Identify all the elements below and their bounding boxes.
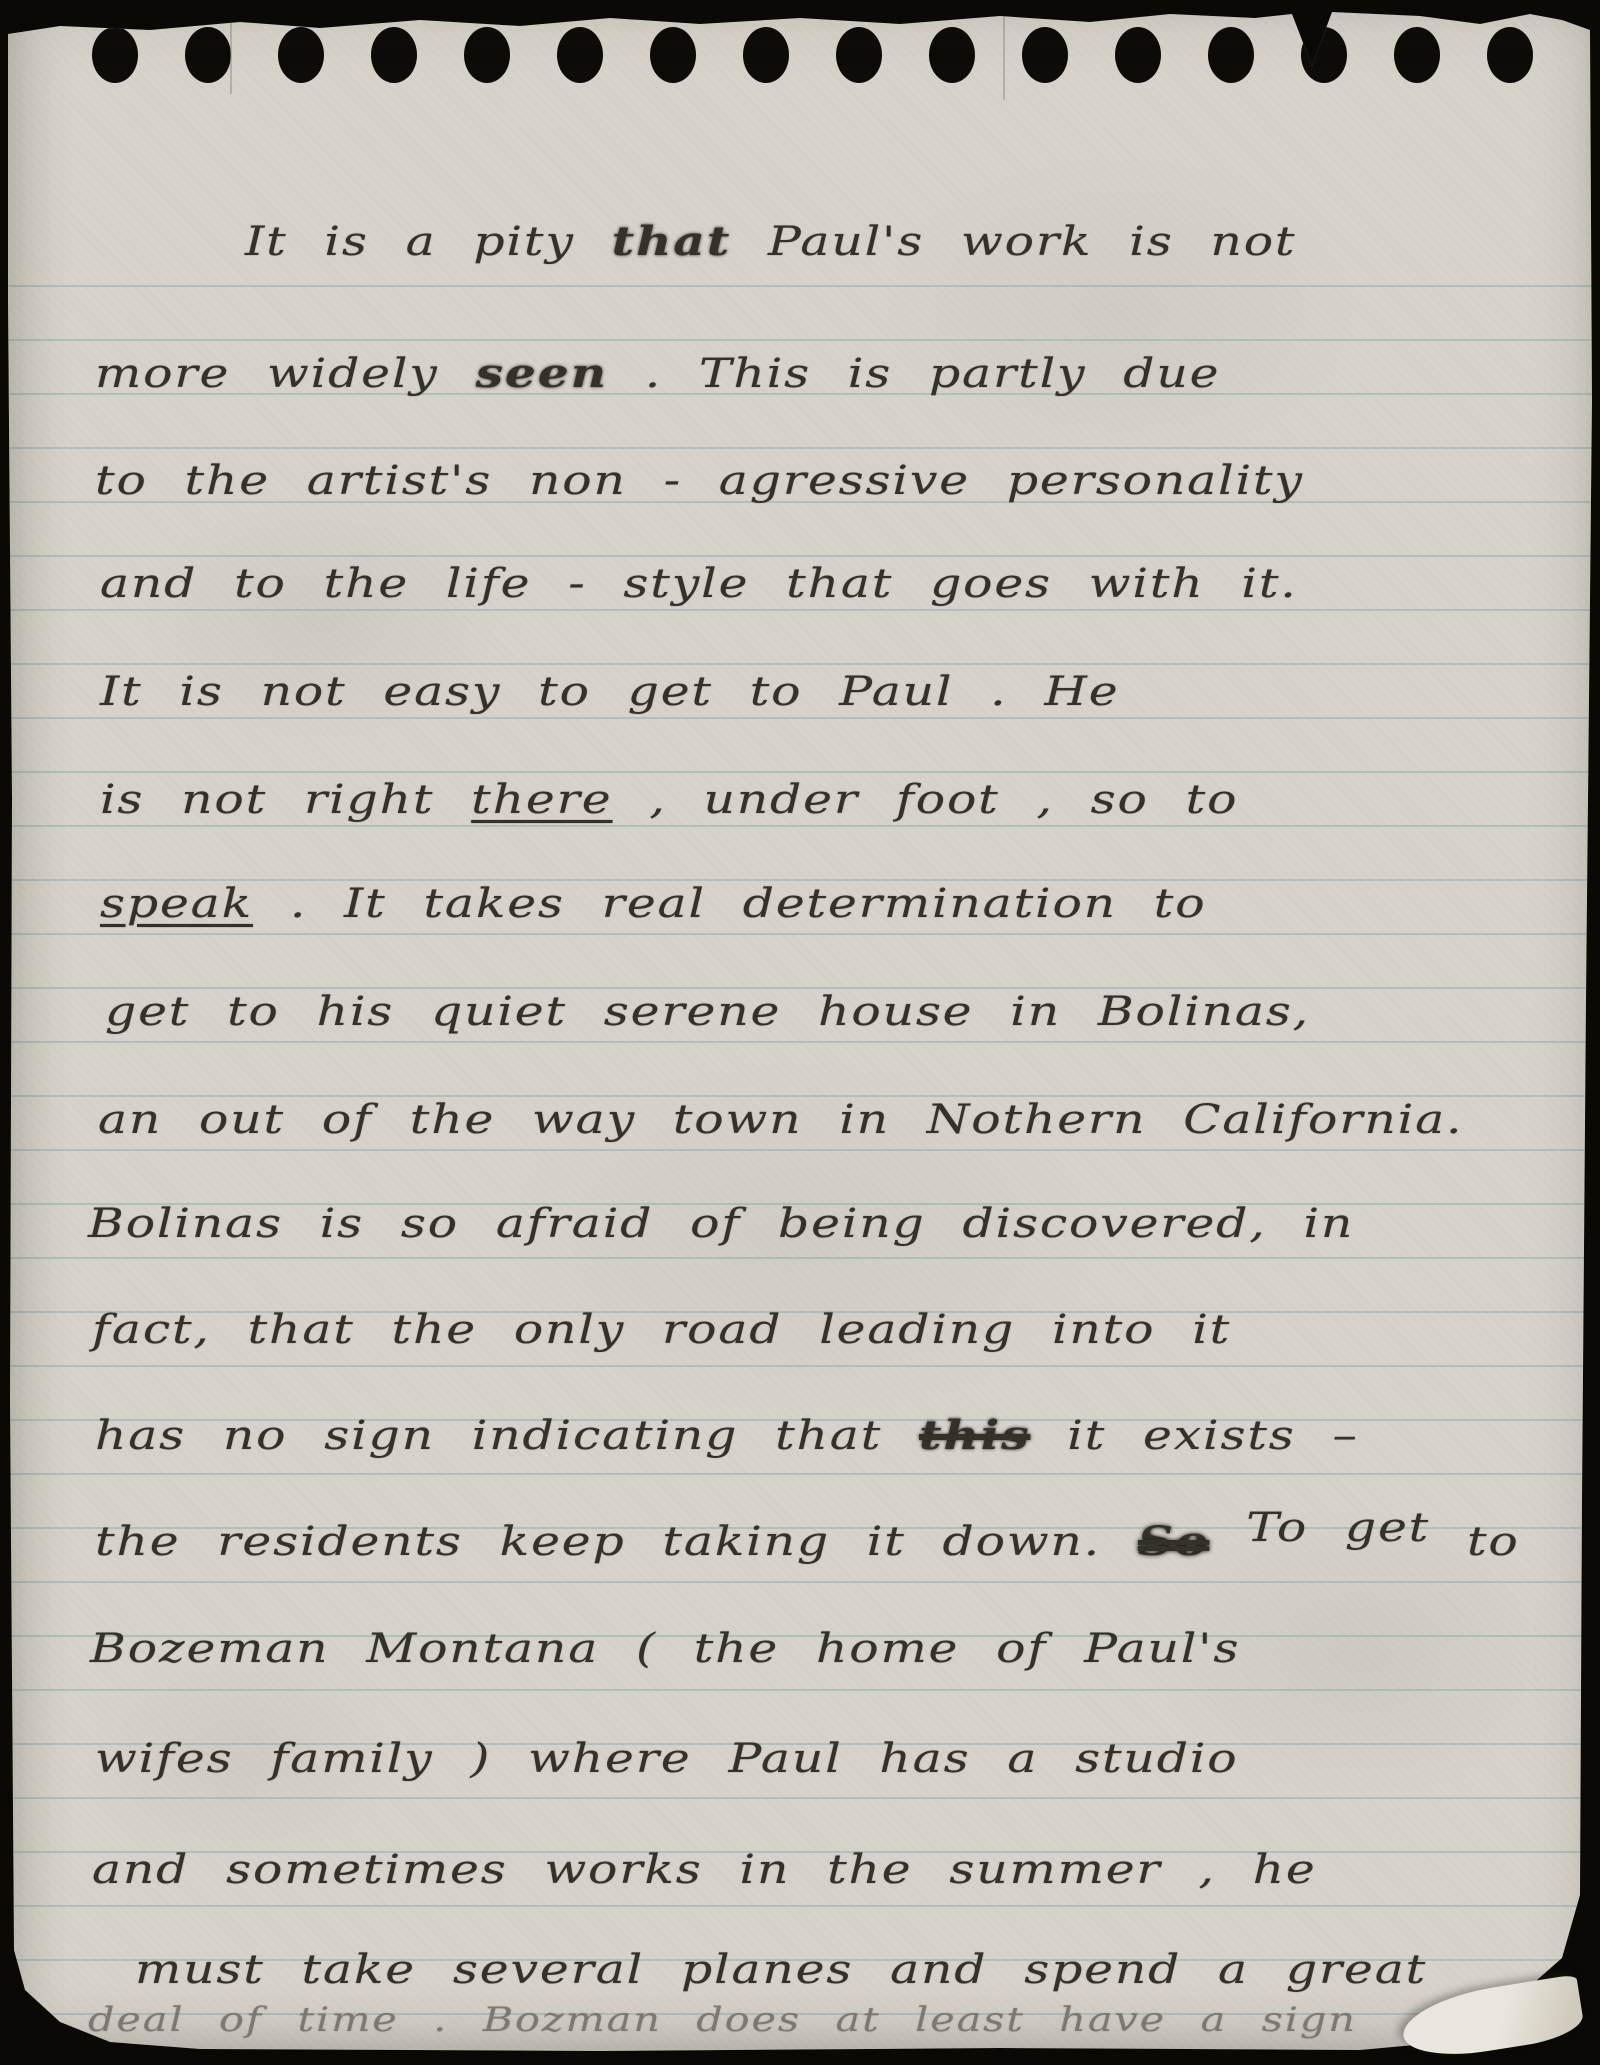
handwritten-line-15: wifes family ) where Paul has a studio (95, 1735, 1238, 1783)
word-segment: So (1138, 1518, 1209, 1565)
handwritten-line-6: is not right there , under foot , so to (100, 776, 1238, 824)
handwritten-line-12: has no sign indicating that this it exis… (95, 1412, 1359, 1460)
word-segment: speak (100, 881, 253, 927)
word-segment: wifes family ) where Paul has a studio (95, 1736, 1238, 1782)
word-segment: Bozeman Montana ( the home of Paul's (90, 1626, 1240, 1672)
handwritten-line-8: get to his quiet serene house in Bolinas… (105, 988, 1310, 1036)
handwritten-line-2: more widely seen . This is partly due (95, 350, 1220, 398)
word-segment: , under foot , so to (612, 777, 1238, 823)
word-segment: this (919, 1412, 1030, 1459)
handwritten-line-14: Bozeman Montana ( the home of Paul's (90, 1625, 1240, 1673)
word-segment: To get (1246, 1505, 1430, 1551)
handwritten-line-4: and to the life - style that goes with i… (100, 560, 1298, 608)
word-segment: . This is partly due (608, 351, 1220, 397)
handwritten-line-11: fact, that the only road leading into it (92, 1306, 1231, 1354)
word-segment: get to his quiet serene house in Bolinas… (105, 989, 1310, 1035)
word-segment: to (1430, 1519, 1520, 1565)
handwritten-line-16: and sometimes works in the summer , he (92, 1846, 1317, 1894)
handwritten-line-1: It is a pity that Paul's work is not (245, 218, 1296, 266)
handwritten-line-7: speak . It takes real determination to (100, 880, 1206, 928)
word-segment: and to the life - style that goes with i… (100, 561, 1298, 607)
word-segment: to the artist's non - agressive personal… (95, 458, 1304, 504)
word-segment: Bolinas is so afraid of being discovered… (88, 1201, 1354, 1247)
handwritten-line-18: deal of time . Bozman does at least have… (88, 2000, 1357, 2041)
word-segment (1209, 1519, 1246, 1565)
word-segment: It is a pity (245, 219, 612, 265)
word-segment: fact, that the only road leading into it (92, 1307, 1231, 1353)
word-segment: the residents keep taking it down. (95, 1519, 1138, 1565)
word-segment: is not right (100, 777, 471, 823)
word-segment: deal of time . Bozman does at least have… (88, 2000, 1357, 2040)
word-segment: has no sign indicating that (95, 1413, 919, 1459)
word-segment: more widely (95, 351, 476, 397)
word-segment: seen (476, 350, 608, 397)
notebook-page: It is a pity that Paul's work is notmore… (0, 0, 1600, 2065)
word-segment: that (612, 218, 732, 265)
word-segment: must take several planes and spend a gre… (135, 1947, 1427, 1993)
word-segment: Paul's work is not (731, 219, 1296, 265)
handwritten-line-17: must take several planes and spend a gre… (135, 1946, 1427, 1994)
word-segment: It is not easy to get to Paul . He (100, 669, 1120, 715)
word-segment: there (471, 777, 612, 823)
word-segment: and sometimes works in the summer , he (92, 1847, 1317, 1893)
word-segment: it exists – (1030, 1413, 1358, 1459)
handwritten-line-5: It is not easy to get to Paul . He (100, 668, 1120, 716)
word-segment: an out of the way town in Nothern Califo… (98, 1097, 1463, 1143)
word-segment: . It takes real determination to (253, 881, 1206, 927)
handwritten-line-13: the residents keep taking it down. So To… (95, 1518, 1520, 1566)
scanned-notebook-photo: It is a pity that Paul's work is notmore… (0, 0, 1600, 2065)
handwritten-line-9: an out of the way town in Nothern Califo… (98, 1096, 1463, 1144)
handwritten-line-3: to the artist's non - agressive personal… (95, 457, 1304, 505)
handwritten-line-10: Bolinas is so afraid of being discovered… (88, 1200, 1354, 1248)
